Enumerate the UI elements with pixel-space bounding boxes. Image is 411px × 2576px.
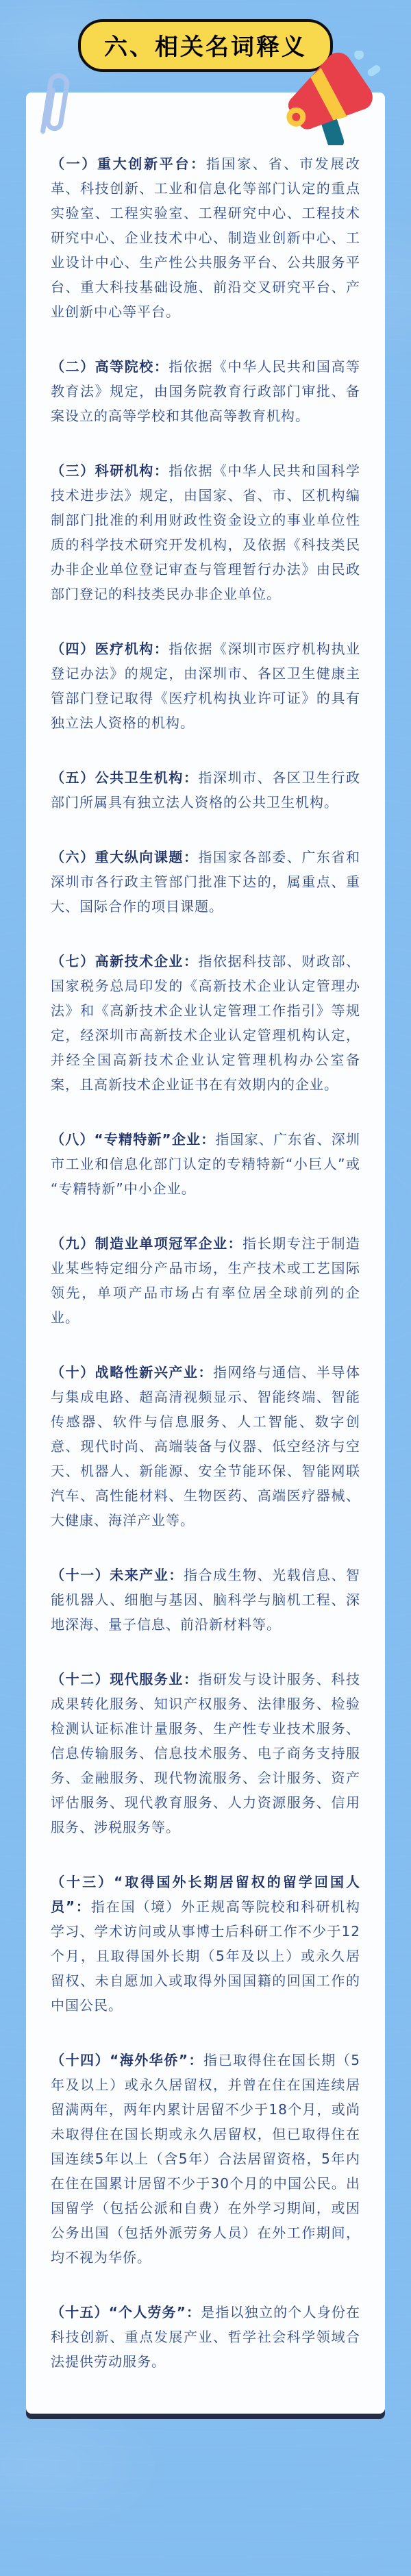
definition-term: （九）制造业单项冠军企业： — [51, 1235, 242, 1252]
definition-item: （一）重大创新平台：指国家、省、市发展改革、科技创新、工业和信息化等部门认定的重… — [51, 151, 360, 324]
content-card: （一）重大创新平台：指国家、省、市发展改革、科技创新、工业和信息化等部门认定的重… — [26, 92, 385, 2414]
page: { "header": { "title": "六、相关名词释义" }, "ic… — [0, 0, 411, 2576]
definition-term: （十二）现代服务业： — [51, 1671, 199, 1687]
definition-body: 指在国（境）外正规高等院校和科研机构学习、学术访问或从事博士后科研工作不少于12… — [51, 1898, 360, 2014]
definition-item: （十二）现代服务业：指研发与设计服务、科技成果转化服务、知识产权服务、法律服务、… — [51, 1667, 360, 1840]
definition-term: （十）战略性新兴产业： — [51, 1364, 213, 1380]
definition-body: 指网络与通信、半导体与集成电路、超高清视频显示、智能终端、智能传感器、软件与信息… — [51, 1364, 360, 1528]
definition-item: （十一）未来产业：指合成生物、光载信息、智能机器人、细胞与基因、脑科学与脑机工程… — [51, 1563, 360, 1637]
definition-term: （十四）“海外华侨”： — [51, 2052, 203, 2068]
definition-item: （三）科研机构：指依据《中华人民共和国科学技术进步法》规定，由国家、省、市、区机… — [51, 458, 360, 606]
paperclip-icon — [37, 66, 74, 145]
definition-term: （七）高新技术企业： — [51, 953, 199, 969]
definition-item: （十三）“取得国外长期居留权的留学回国人员”：指在国（境）外正规高等院校和科研机… — [51, 1870, 360, 2018]
definitions-list: （一）重大创新平台：指国家、省、市发展改革、科技创新、工业和信息化等部门认定的重… — [51, 151, 360, 2374]
definition-term: （八）“专精特新”企业： — [51, 1131, 215, 1148]
definition-term: （三）科研机构： — [51, 462, 169, 479]
definition-item: （七）高新技术企业：指依据科技部、财政部、国家税务总局印发的《高新技术企业认定管… — [51, 949, 360, 1097]
definition-item: （二）高等院校：指依据《中华人民共和国高等教育法》规定，由国务院教育行政部门审批… — [51, 354, 360, 428]
definition-body: 指依据科技部、财政部、国家税务总局印发的《高新技术企业认定管理办法》和《高新技术… — [51, 953, 360, 1093]
definition-item: （六）重大纵向课题：指国家各部委、广东省和深圳市各行政主管部门批准下达的，属重点… — [51, 845, 360, 919]
definition-body: 指已取得住在国长期（5年及以上）或永久居留权，并曾在住在国连续居留满两年，两年内… — [51, 2052, 360, 2266]
definition-term: （五）公共卫生机构： — [51, 769, 199, 786]
definition-term: （十五）“个人劳务”： — [51, 2304, 201, 2320]
definition-body: 指国家、省、市发展改革、科技创新、工业和信息化等部门认定的重点实验室、工程实验室… — [51, 156, 360, 320]
definition-item: （十四）“海外华侨”：指已取得住在国长期（5年及以上）或永久居留权，并曾在住在国… — [51, 2048, 360, 2270]
megaphone-icon — [267, 51, 399, 148]
definition-item: （十）战略性新兴产业：指网络与通信、半导体与集成电路、超高清视频显示、智能终端、… — [51, 1360, 360, 1533]
definition-term: （十一）未来产业： — [51, 1567, 184, 1583]
definition-term: （二）高等院校： — [51, 358, 169, 375]
definition-body: 指研发与设计服务、科技成果转化服务、知识产权服务、法律服务、检验检测认证标准计量… — [51, 1671, 360, 1835]
definition-item: （十五）“个人劳务”：是指以独立的个人身份在科技创新、重点发展产业、哲学社会科学… — [51, 2300, 360, 2374]
definition-term: （一）重大创新平台： — [51, 156, 206, 172]
definition-term: （四）医疗机构： — [51, 641, 169, 657]
definition-item: （四）医疗机构：指依据《深圳市医疗机构执业登记办法》的规定，由深圳市、各区卫生健… — [51, 636, 360, 735]
definition-item: （八）“专精特新”企业：指国家、广东省、深圳市工业和信息化部门认定的专精特新“小… — [51, 1127, 360, 1201]
definition-body: 指依据《中华人民共和国科学技术进步法》规定，由国家、省、市、区机构编制部门批准的… — [51, 462, 360, 602]
definition-item: （五）公共卫生机构：指深圳市、各区卫生行政部门所属具有独立法人资格的公共卫生机构… — [51, 765, 360, 815]
definition-term: （六）重大纵向课题： — [51, 849, 199, 865]
definition-item: （九）制造业单项冠军企业：指长期专注于制造业某些特定细分产品市场，生产技术或工艺… — [51, 1231, 360, 1330]
